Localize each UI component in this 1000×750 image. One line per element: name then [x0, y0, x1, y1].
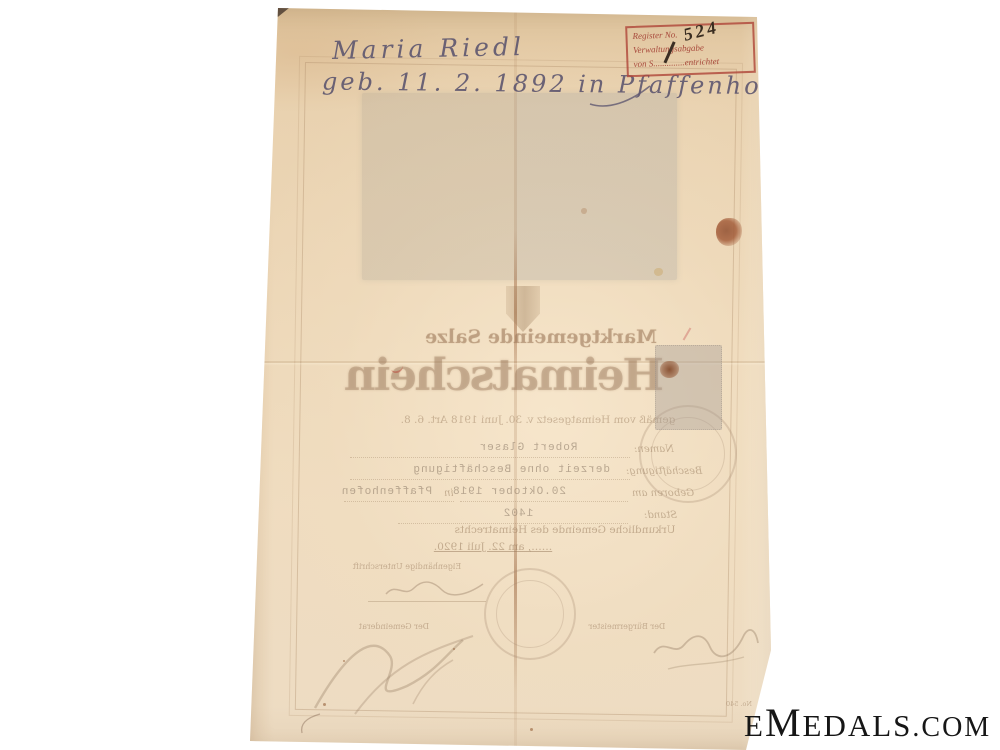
form-rule: [350, 456, 630, 458]
register-stamp-line3: von S..............entrichtet: [633, 54, 749, 72]
photo-stage: Maria Riedl geb. 11. 2. 1892 in Pfaffenh…: [0, 0, 1000, 750]
bleedthrough-field-stand-label: Stand:: [644, 510, 677, 521]
paper-speck: [323, 703, 326, 706]
handwriting-flourish: [588, 82, 652, 110]
bleedthrough-mounted-block: [362, 93, 677, 280]
seal-inner-ring: [496, 580, 564, 648]
signature-rule: [368, 600, 486, 602]
bleedthrough-title: Heimatschein: [416, 350, 664, 401]
paper-speck: [453, 648, 455, 650]
emedals-watermark: EMEDALS.COM: [744, 699, 991, 746]
watermark-dotcom: .COM: [912, 712, 991, 743]
bleedthrough-signature-caption: Eigenhändige Unterschrift: [342, 562, 472, 571]
form-rule: [460, 500, 628, 502]
round-seal-bleedthrough-lower: [484, 568, 576, 660]
pencil-arc-mark: [298, 712, 324, 734]
handwritten-name: Maria Riedl: [332, 32, 525, 65]
bleedthrough-field-occupation-value: derzeit ohne Beschäftigung: [420, 464, 610, 476]
watermark-edals: EDALS: [803, 708, 913, 743]
register-stamp-line3-suffix: entrichtet: [685, 56, 720, 67]
document-paper: Maria Riedl geb. 11. 2. 1892 in Pfaffenh…: [248, 8, 772, 750]
register-stamp-line3-prefix: von S: [633, 58, 653, 69]
bleedthrough-small-signature: [382, 578, 487, 602]
form-rule: [350, 478, 630, 480]
bleedthrough-subtitle: gemäß vom Heimatgesetz v. 30. Juni 1918 …: [398, 414, 678, 426]
bleedthrough-field-name-value: Robert Glaser: [448, 442, 608, 454]
rust-stain: [716, 218, 742, 246]
watermark-m: M: [765, 700, 803, 745]
paper-speck: [343, 660, 345, 662]
watermark-e: E: [744, 708, 765, 743]
register-stamp-line3-dots: ..............: [653, 57, 685, 68]
form-rule: [344, 500, 454, 502]
corner-fold-mark: [275, 8, 289, 17]
bleedthrough-signature-right: [648, 613, 763, 681]
bleedthrough-gemeinde-line: Urkundliche Gemeinde des Heimatrechts: [440, 524, 690, 536]
bleedthrough-field-date-value: 20.Oktober 1918: [462, 486, 566, 498]
bleedthrough-field-stand-value: 1402: [488, 508, 548, 520]
paper-speck: [530, 728, 533, 731]
bleedthrough-date-line: ……, am 22. Juli 1920.: [373, 541, 613, 553]
revenue-stamp-bleedthrough: [655, 345, 722, 430]
bleedthrough-header: Marktgemeinde Salze: [423, 326, 659, 348]
bleedthrough-field-place-value: Pfaffenhofen: [348, 486, 432, 498]
register-stamp-box: Register No. Verwaltungsabgabe von S....…: [625, 22, 756, 77]
